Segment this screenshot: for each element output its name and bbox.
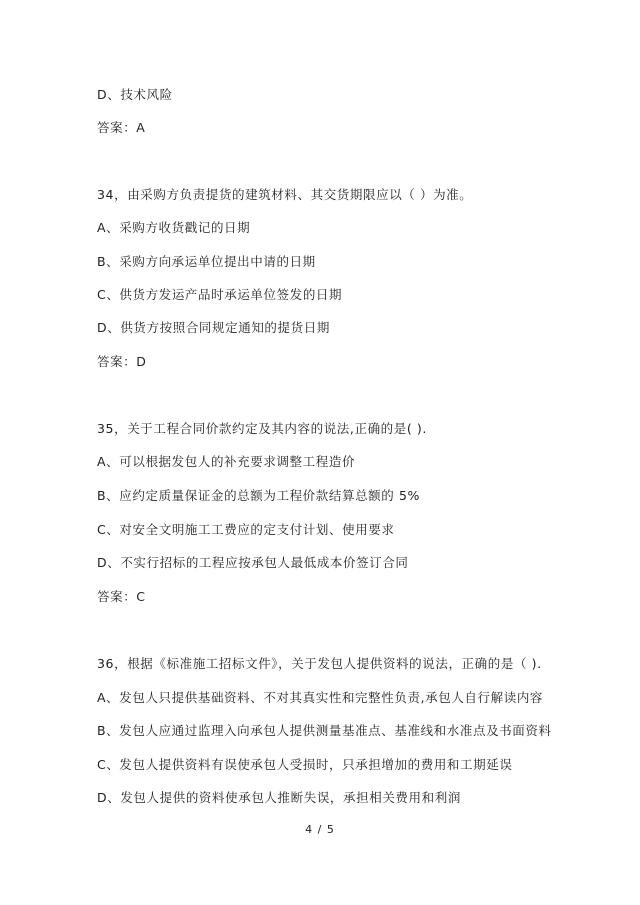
answer-line: 答案：D [97,354,147,370]
option-d: D、不实行招标的工程应按承包人最低成本价签订合同 [97,555,409,571]
option-c: C、对安全文明施工工费应的定支付计划、使用要求 [97,522,395,538]
option-c: C、发包人提供资料有误使承包人受损时，只承担增加的费用和工期延误 [97,757,512,773]
answer-line: 答案：C [97,589,146,605]
option-d: D、供货方按照合同规定通知的提货日期 [97,320,330,336]
page-number: 4 / 5 [0,823,640,836]
answer-line: 答案：A [97,120,145,136]
option-c: C、供货方发运产品时承运单位签发的日期 [97,287,342,303]
option-a: A、可以根据发包人的补充要求调整工程造价 [97,454,355,470]
question-text: 34，由采购方负责提货的建筑材料、其交货期限应以（ ）为准。 [97,187,472,203]
question-text: 36，根据《标准施工招标文件》，关于发包人提供资料的说法，正确的是（ ). [97,656,542,672]
question-text: 35，关于工程合同价款约定及其内容的说法,正确的是( ). [97,421,427,437]
option-b: B、采购方向承运单位提出中请的日期 [97,254,316,270]
option-a: A、发包人只提供基础资料、不对其真实性和完整性负责,承包人自行解读内容 [97,690,543,706]
option-d: D、技术风险 [97,87,173,103]
option-b: B、发包人应通过监理入向承包人提供测量基准点、基准线和水准点及书面资料 [97,723,552,739]
option-a: A、采购方收货戳记的日期 [97,220,250,236]
option-d: D、发包人提供的资料使承包人推断失误，承担相关费用和利润 [97,790,461,806]
option-b: B、应约定质量保证金的总额为工程价款结算总额的 5% [97,488,420,504]
